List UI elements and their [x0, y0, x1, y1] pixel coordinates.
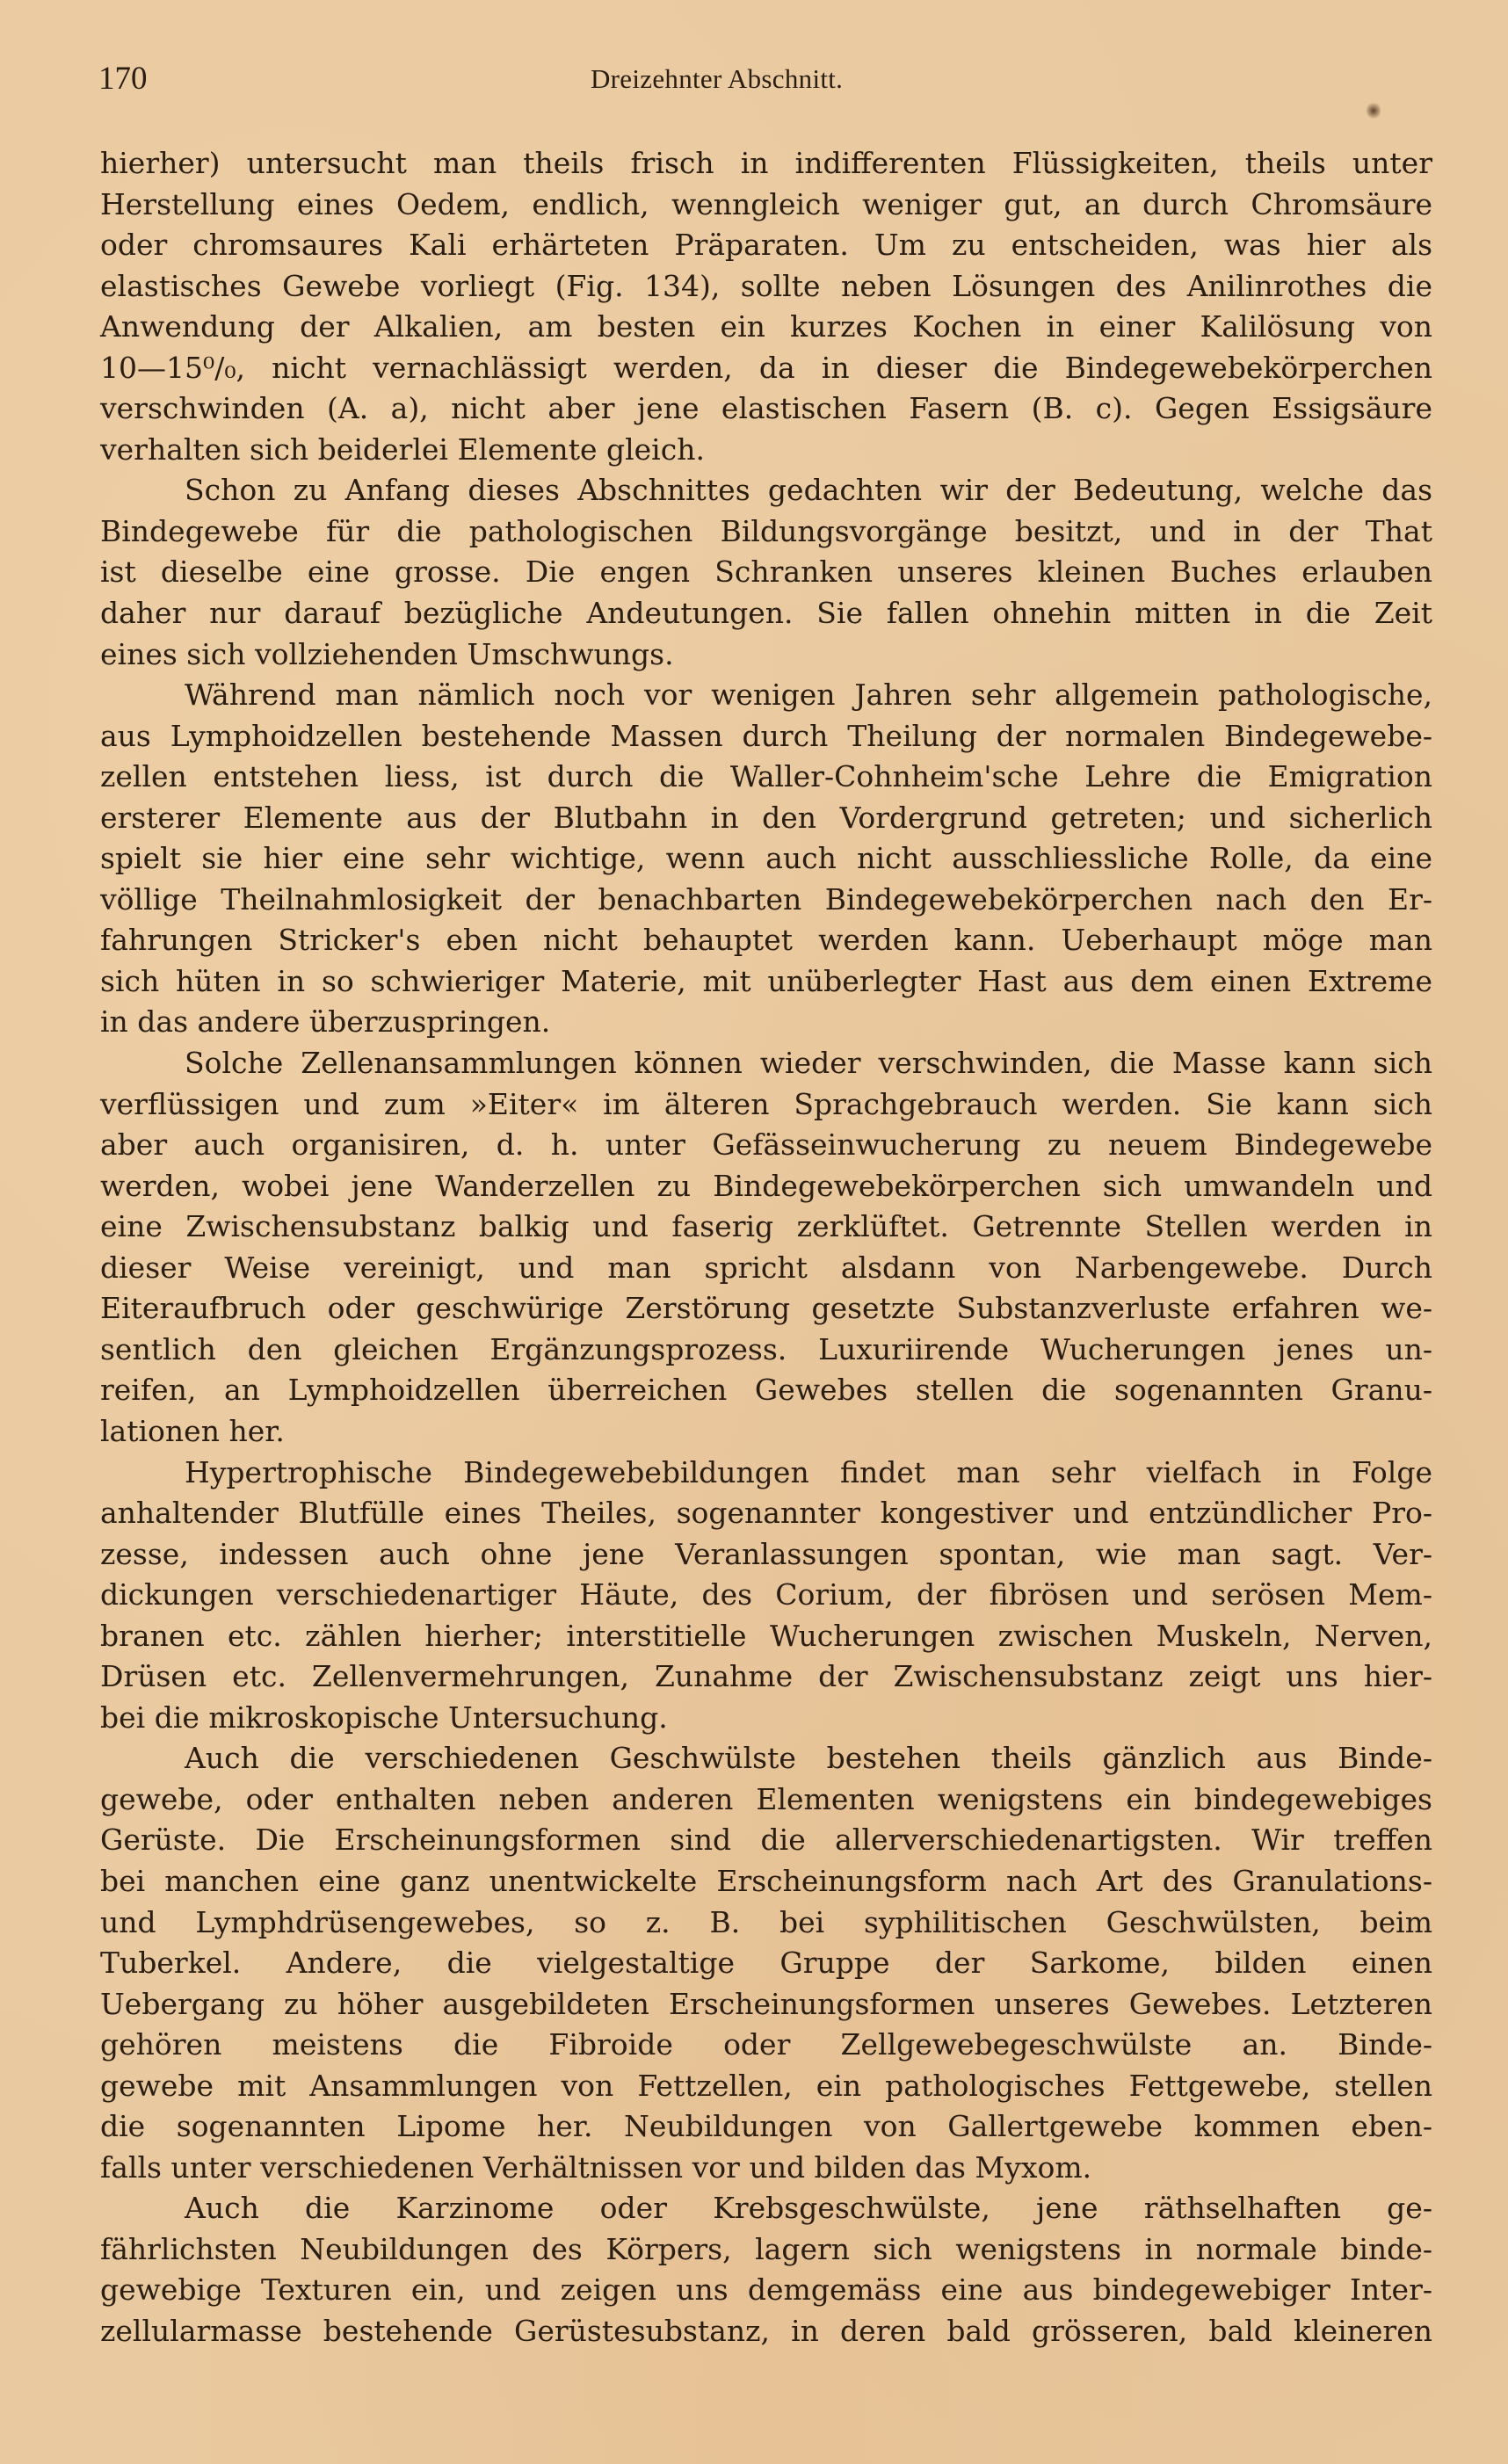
text-line: Solche Zellenansammlungen können wieder …	[100, 1043, 1432, 1084]
text-line: Uebergang zu höher ausgebildeten Erschei…	[100, 1984, 1432, 2026]
text-line: elastisches Gewebe vorliegt (Fig. 134), …	[100, 266, 1432, 308]
text-line: zellen entstehen liess, ist durch die Wa…	[100, 757, 1432, 798]
text-line: daher nur darauf bezügliche Andeutungen.…	[100, 593, 1432, 634]
text-line: zesse, indessen auch ohne jene Veranlass…	[100, 1534, 1432, 1576]
text-line: gewebe mit Ansammlungen von Fettzellen, …	[100, 2066, 1432, 2107]
text-line: verhalten sich beiderlei Elemente gleich…	[100, 430, 1432, 471]
text-line: spielt sie hier eine sehr wichtige, wenn…	[100, 838, 1432, 880]
text-line: fahrungen Stricker's eben nicht behaupte…	[100, 920, 1432, 961]
text-line: die sogenannten Lipome her. Neubildungen…	[100, 2106, 1432, 2148]
text-line: dieser Weise vereinigt, und man spricht …	[100, 1248, 1432, 1289]
text-line: Bindegewebe für die pathologischen Bildu…	[100, 511, 1432, 553]
text-line: werden, wobei jene Wanderzellen zu Binde…	[100, 1166, 1432, 1207]
text-line: aus Lymphoidzellen bestehende Massen dur…	[100, 716, 1432, 757]
paragraph-2: Schon zu Anfang dieses Abschnittes gedac…	[100, 470, 1432, 675]
text-line: dickungen verschiedenartiger Häute, des …	[100, 1575, 1432, 1616]
ink-speck-mark	[1367, 101, 1381, 120]
paragraph-4: Solche Zellenansammlungen können wieder …	[100, 1043, 1432, 1452]
text-line: und Lymphdrüsengewebes, so z. B. bei syp…	[100, 1902, 1432, 1944]
text-line: in das andere überzuspringen.	[100, 1002, 1432, 1043]
text-line: ersterer Elemente aus der Blutbahn in de…	[100, 798, 1432, 839]
text-line: lationen her.	[100, 1411, 1432, 1453]
body-text: hierher) untersucht man theils frisch in…	[100, 143, 1432, 2352]
text-line: 10—15⁰/₀, nicht vernachlässigt werden, d…	[100, 348, 1432, 389]
text-line: bei die mikroskopische Untersuchung.	[100, 1698, 1432, 1739]
running-title: Dreizehnter Abschnitt.	[591, 63, 843, 95]
paragraph-3: Während man nämlich noch vor wenigen Jah…	[100, 675, 1432, 1043]
text-line: zellularmasse bestehende Gerüstesubstanz…	[100, 2311, 1432, 2352]
text-line: verflüssigen und zum »Eiter« im älteren …	[100, 1084, 1432, 1126]
text-line: völlige Theilnahmlosigkeit der benachbar…	[100, 880, 1432, 921]
text-line: Herstellung eines Oedem, endlich, wenngl…	[100, 185, 1432, 226]
book-page: 170 Dreizehnter Abschnitt. hierher) unte…	[0, 0, 1508, 2464]
text-line: falls unter verschiedenen Verhältnissen …	[100, 2148, 1432, 2189]
text-line: branen etc. zählen hierher; interstitiel…	[100, 1616, 1432, 1657]
text-line: ist dieselbe eine grosse. Die engen Schr…	[100, 552, 1432, 593]
text-line: fährlichsten Neubildungen des Körpers, l…	[100, 2229, 1432, 2271]
text-line: sentlich den gleichen Ergänzungsprozess.…	[100, 1330, 1432, 1371]
paragraph-7: Auch die Karzinome oder Krebsgeschwülste…	[100, 2188, 1432, 2352]
page-header: 170 Dreizehnter Abschnitt.	[98, 60, 1434, 98]
text-line: Drüsen etc. Zellenvermehrungen, Zunahme …	[100, 1656, 1432, 1698]
text-line: aber auch organisiren, d. h. unter Gefäs…	[100, 1125, 1432, 1166]
text-line: sich hüten in so schwieriger Materie, mi…	[100, 961, 1432, 1003]
text-line: Hypertrophische Bindegewebebildungen fin…	[100, 1453, 1432, 1494]
text-line: reifen, an Lymphoidzellen überreichen Ge…	[100, 1370, 1432, 1411]
text-line: eine Zwischensubstanz balkig und faserig…	[100, 1207, 1432, 1248]
page-number: 170	[98, 60, 148, 98]
text-line: hierher) untersucht man theils frisch in…	[100, 143, 1432, 185]
text-line: gewebige Texturen ein, und zeigen uns de…	[100, 2270, 1432, 2311]
text-line: bei manchen eine ganz unentwickelte Ersc…	[100, 1861, 1432, 1902]
text-line: Schon zu Anfang dieses Abschnittes gedac…	[100, 470, 1432, 511]
text-line: Auch die Karzinome oder Krebsgeschwülste…	[100, 2188, 1432, 2229]
paragraph-6: Auch die verschiedenen Geschwülste beste…	[100, 1738, 1432, 2188]
text-line: Während man nämlich noch vor wenigen Jah…	[100, 675, 1432, 716]
text-line: Eiteraufbruch oder geschwürige Zerstörun…	[100, 1288, 1432, 1330]
text-line: anhaltender Blutfülle eines Theiles, sog…	[100, 1493, 1432, 1534]
text-line: Anwendung der Alkalien, am besten ein ku…	[100, 307, 1432, 348]
paragraph-1: hierher) untersucht man theils frisch in…	[100, 143, 1432, 470]
text-line: gehören meistens die Fibroide oder Zellg…	[100, 2025, 1432, 2066]
text-line: gewebe, oder enthalten neben anderen Ele…	[100, 1779, 1432, 1821]
paragraph-5: Hypertrophische Bindegewebebildungen fin…	[100, 1453, 1432, 1739]
text-line: Gerüste. Die Erscheinungsformen sind die…	[100, 1820, 1432, 1861]
text-line: eines sich vollziehenden Umschwungs.	[100, 634, 1432, 676]
text-line: Tuberkel. Andere, die vielgestaltige Gru…	[100, 1943, 1432, 1984]
text-line: verschwinden (A. a), nicht aber jene ela…	[100, 388, 1432, 430]
text-line: Auch die verschiedenen Geschwülste beste…	[100, 1738, 1432, 1779]
text-line: oder chromsaures Kali erhärteten Präpara…	[100, 225, 1432, 266]
